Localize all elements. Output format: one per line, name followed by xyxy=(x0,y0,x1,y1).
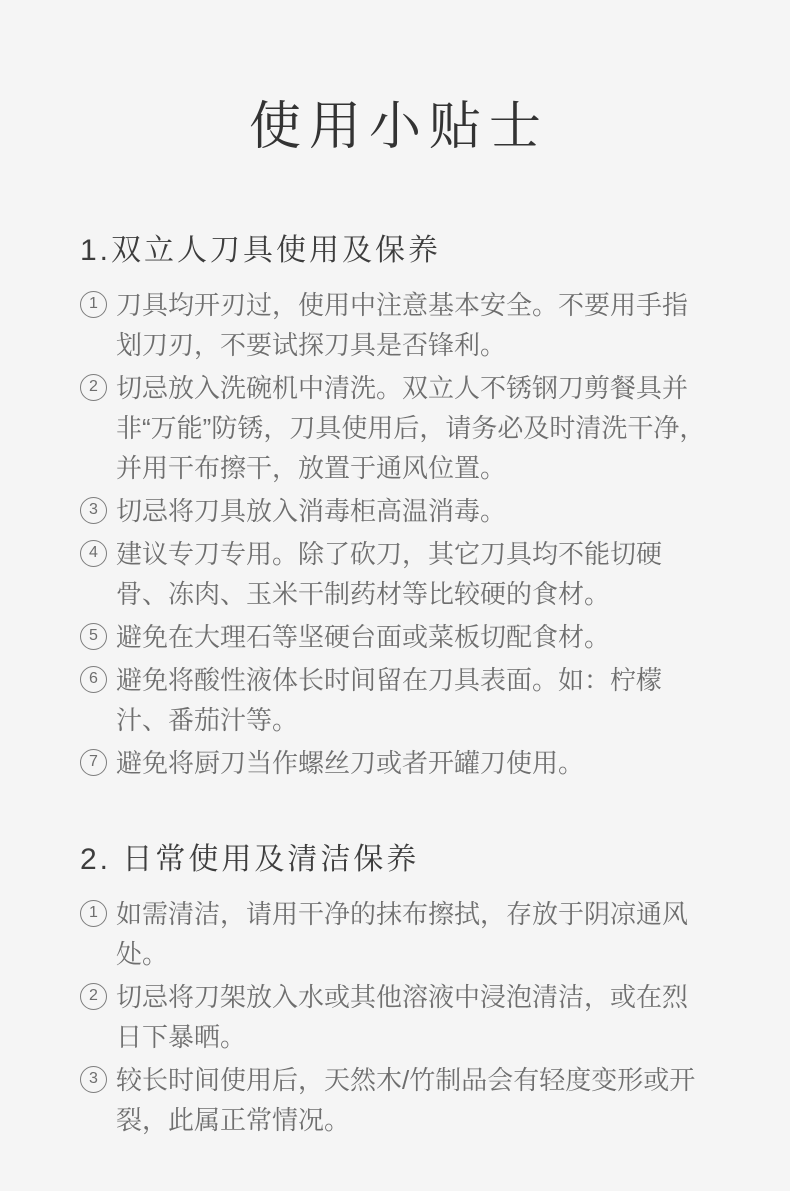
item-text: 较长时间使用后，天然木/竹制品会有轻度变形或开裂，此属正常情况。 xyxy=(116,1060,710,1140)
care-item: 7 避免将厨刀当作螺丝刀或者开罐刀使用。 xyxy=(80,743,710,783)
item-number-badge: 3 xyxy=(80,497,107,524)
sections-container: 1.双立人刀具使用及保养 1 刀具均开刃过，使用中注意基本安全。不要用手指划刀刃… xyxy=(80,230,710,1140)
item-number-badge: 1 xyxy=(80,900,107,927)
item-text: 避免将厨刀当作螺丝刀或者开罐刀使用。 xyxy=(116,743,710,783)
item-number-badge: 5 xyxy=(80,623,107,650)
care-item: 5 避免在大理石等坚硬台面或菜板切配食材。 xyxy=(80,617,710,657)
care-section: 2. 日常使用及清洁保养 1 如需清洁，请用干净的抹布擦拭，存放于阴凉通风处。 … xyxy=(80,839,710,1140)
item-text: 切忌放入洗碗机中清洗。双立人不锈钢刀剪餐具并非“万能”防锈，刀具使用后，请务必及… xyxy=(116,368,710,488)
care-item: 2 切忌将刀架放入水或其他溶液中浸泡清洁，或在烈日下暴晒。 xyxy=(80,977,710,1057)
item-number-badge: 2 xyxy=(80,374,107,401)
item-number-badge: 7 xyxy=(80,749,107,776)
item-text: 建议专刀专用。除了砍刀，其它刀具均不能切硬骨、冻肉、玉米干制药材等比较硬的食材。 xyxy=(116,534,710,614)
care-section: 1.双立人刀具使用及保养 1 刀具均开刃过，使用中注意基本安全。不要用手指划刀刃… xyxy=(80,230,710,783)
item-text: 避免将酸性液体长时间留在刀具表面。如：柠檬汁、番茄汁等。 xyxy=(116,660,710,740)
item-text: 刀具均开刃过，使用中注意基本安全。不要用手指划刀刃，不要试探刀具是否锋利。 xyxy=(116,285,710,365)
item-number-badge: 2 xyxy=(80,983,107,1010)
care-item: 2 切忌放入洗碗机中清洗。双立人不锈钢刀剪餐具并非“万能”防锈，刀具使用后，请务… xyxy=(80,368,710,488)
page-title: 使用小贴士 xyxy=(80,96,710,158)
section-heading: 2. 日常使用及清洁保养 xyxy=(80,839,710,881)
care-item: 6 避免将酸性液体长时间留在刀具表面。如：柠檬汁、番茄汁等。 xyxy=(80,660,710,740)
item-number-badge: 6 xyxy=(80,666,107,693)
item-text: 切忌将刀架放入水或其他溶液中浸泡清洁，或在烈日下暴晒。 xyxy=(116,977,710,1057)
item-text: 如需清洁，请用干净的抹布擦拭，存放于阴凉通风处。 xyxy=(116,894,710,974)
care-instructions-page: 使用小贴士 1.双立人刀具使用及保养 1 刀具均开刃过，使用中注意基本安全。不要… xyxy=(0,0,790,1191)
care-item: 1 如需清洁，请用干净的抹布擦拭，存放于阴凉通风处。 xyxy=(80,894,710,974)
care-item-list: 1 刀具均开刃过，使用中注意基本安全。不要用手指划刀刃，不要试探刀具是否锋利。 … xyxy=(80,285,710,783)
care-item: 3 切忌将刀具放入消毒柜高温消毒。 xyxy=(80,491,710,531)
care-item: 1 刀具均开刃过，使用中注意基本安全。不要用手指划刀刃，不要试探刀具是否锋利。 xyxy=(80,285,710,365)
item-number-badge: 4 xyxy=(80,540,107,567)
care-item: 3 较长时间使用后，天然木/竹制品会有轻度变形或开裂，此属正常情况。 xyxy=(80,1060,710,1140)
care-item-list: 1 如需清洁，请用干净的抹布擦拭，存放于阴凉通风处。 2 切忌将刀架放入水或其他… xyxy=(80,894,710,1140)
item-text: 切忌将刀具放入消毒柜高温消毒。 xyxy=(116,491,710,531)
item-text: 避免在大理石等坚硬台面或菜板切配食材。 xyxy=(116,617,710,657)
item-number-badge: 1 xyxy=(80,291,107,318)
care-item: 4 建议专刀专用。除了砍刀，其它刀具均不能切硬骨、冻肉、玉米干制药材等比较硬的食… xyxy=(80,534,710,614)
section-heading: 1.双立人刀具使用及保养 xyxy=(80,230,710,272)
item-number-badge: 3 xyxy=(80,1066,107,1093)
